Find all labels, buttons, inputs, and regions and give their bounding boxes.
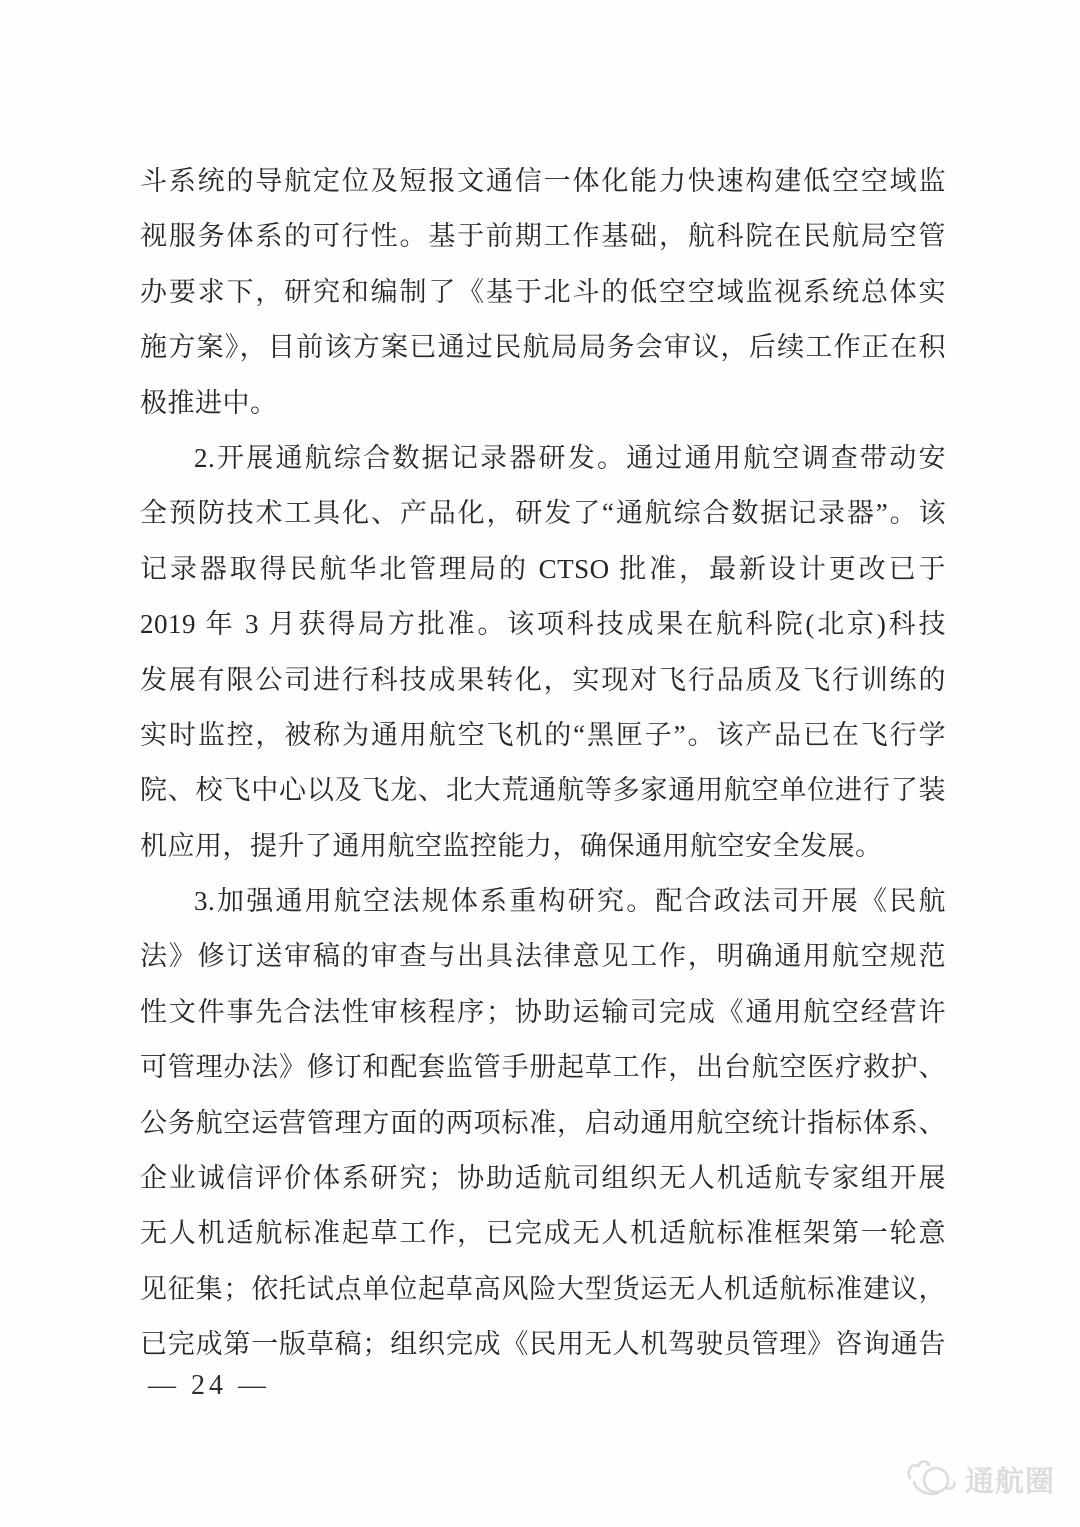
text-line-p3-l9: 已完成第一版草稿；组织完成《民用无人机驾驶员管理》咨询通告 (140, 1317, 946, 1372)
text-line-p2-l7: 院、校飞中心以及飞龙、北大荒通航等多家通用航空单位进行了装 (140, 763, 946, 818)
text-line-p1-l3: 办要求下，研究和编制了《基于北斗的低空空域监视系统总体实 (140, 265, 946, 320)
text-line-p2-l8: 机应用，提升了通用航空监控能力，确保通用航空安全发展。 (140, 819, 946, 874)
page-number: — 24 — (148, 1370, 270, 1402)
text-line-p3-l4: 可管理办法》修订和配套监管手册起草工作，出台航空医疗救护、 (140, 1040, 946, 1095)
text-line-p3-l5: 公务航空运营管理方面的两项标准，启动通用航空统计指标体系、 (140, 1096, 946, 1151)
text-line-p3-l8: 见征集；依托试点单位起草高风险大型货运无人机适航标准建议， (140, 1262, 946, 1317)
document-page: 斗系统的导航定位及短报文通信一体化能力快速构建低空空域监视服务体系的可行性。基于… (0, 0, 1080, 1527)
text-line-p3-l7: 无人机适航标准起草工作，已完成无人机适航标准框架第一轮意 (140, 1206, 946, 1261)
text-line-p2-l2: 全预防技术工具化、产品化，研发了“通航综合数据记录器”。该 (140, 486, 946, 541)
text-line-p3-l1: 3.加强通用航空法规体系重构研究。配合政法司开展《民航 (140, 874, 946, 929)
tonghangquan-mascot-icon (902, 1456, 960, 1502)
text-line-p1-l2: 视服务体系的可行性。基于前期工作基础，航科院在民航局空管 (140, 209, 946, 264)
text-line-p2-l4: 2019 年 3 月获得局方批准。该项科技成果在航科院(北京)科技 (140, 597, 946, 652)
watermark-label: 通航圈 (965, 1459, 1055, 1500)
text-line-p2-l1: 2.开展通航综合数据记录器研发。通过通用航空调查带动安 (140, 431, 946, 486)
text-line-p3-l6: 企业诚信评价体系研究；协助适航司组织无人机适航专家组开展 (140, 1151, 946, 1206)
document-body: 斗系统的导航定位及短报文通信一体化能力快速构建低空空域监视服务体系的可行性。基于… (140, 154, 946, 1373)
text-line-p2-l5: 发展有限公司进行科技成果转化，实现对飞行品质及飞行训练的 (140, 653, 946, 708)
text-line-p2-l6: 实时监控，被称为通用航空飞机的“黑匣子”。该产品已在飞行学 (140, 708, 946, 763)
text-line-p1-l4: 施方案》，目前该方案已通过民航局局务会审议，后续工作正在积 (140, 320, 946, 375)
watermark: 通航圈 (902, 1456, 1055, 1502)
text-line-p1-l1: 斗系统的导航定位及短报文通信一体化能力快速构建低空空域监 (140, 154, 946, 209)
text-line-p1-l5: 极推进中。 (140, 376, 946, 431)
text-line-p3-l3: 性文件事先合法性审核程序；协助运输司完成《通用航空经营许 (140, 985, 946, 1040)
text-line-p3-l2: 法》修订送审稿的审查与出具法律意见工作，明确通用航空规范 (140, 929, 946, 984)
text-line-p2-l3: 记录器取得民航华北管理局的 CTSO 批准，最新设计更改已于 (140, 542, 946, 597)
